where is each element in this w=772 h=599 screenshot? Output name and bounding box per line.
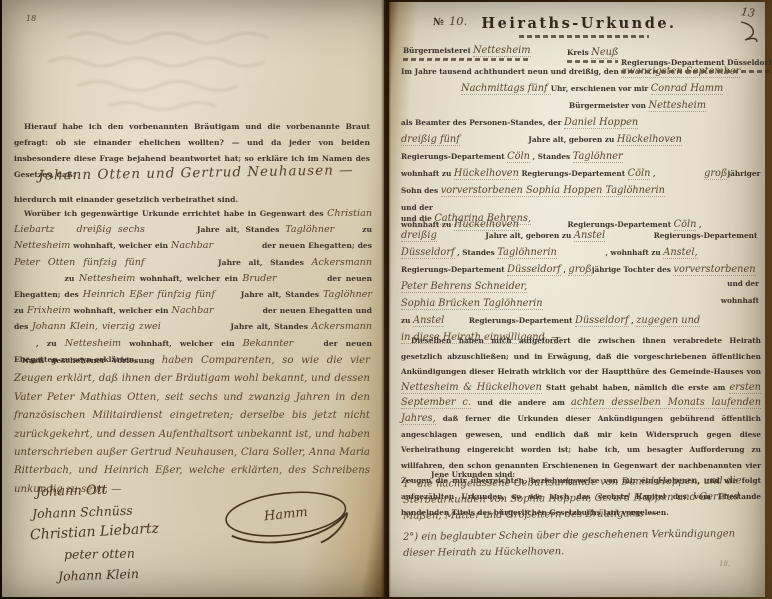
handwritten-entry: Peter Behrens Schneider,	[401, 281, 527, 293]
district-field: Kreis Neuß	[567, 40, 618, 63]
text-line: Sophia Brücken Taglöhnerinwohnhaft	[401, 294, 759, 311]
handwritten-entry: Johann Klein, vierzig zwei	[32, 321, 161, 332]
document-list-item: 2°) ein beglaubter Schein über die gesch…	[403, 526, 759, 562]
handwritten-entry: Nachmittags fünf	[461, 83, 551, 95]
printed-form-text: und die	[401, 214, 434, 223]
printed-form-text: hierdurch mit einander gesetzlich verhei…	[14, 195, 238, 204]
text-line: Düsseldorf , Standes Taglöhnerin , wohnh…	[401, 243, 759, 260]
printed-form-text: Sohn des	[401, 186, 441, 195]
printed-form-text: wohnhaft, welcher ein	[121, 339, 242, 348]
handwritten-entry: haben Comparenten, so wie die vier Zeuge…	[14, 355, 370, 495]
handwritten-entry: Düsseldorf	[575, 315, 629, 327]
printed-form-text: wohnhaft zu	[401, 169, 454, 178]
handwritten-entry: dreißig fünf	[401, 134, 460, 146]
text-line: Peter Behrens Schneider,und der	[401, 277, 759, 294]
handwritten-entry: Düsseldorf	[507, 264, 561, 276]
text-line: und die Catharina Behrens,	[401, 209, 759, 226]
handwritten-entry: Hückelhoven	[617, 134, 682, 146]
handwritten-entry: Bekannter	[243, 338, 294, 349]
printed-form-text: , wohnhaft zu	[603, 248, 663, 257]
faint-ink-mark: 18.	[719, 560, 730, 568]
groom-opening-section: Im Jahre tausend achthundert neun und dr…	[401, 62, 759, 232]
printed-form-text: , Standes	[530, 152, 573, 161]
printed-form-text: zu	[60, 274, 79, 283]
registrar-paraph-mark	[737, 18, 759, 44]
closing-statement-paragraph: Nach geschehener Vorlesung haben Compare…	[14, 350, 370, 497]
municipality-value: Nettesheim	[473, 45, 531, 57]
handwritten-entry: dreißig sechs	[76, 224, 144, 235]
witness-signature: Johann Klein	[58, 562, 160, 587]
witness-signature: peter otten	[64, 542, 159, 565]
handwritten-entry: Hückelhoven	[454, 168, 519, 180]
handwritten-entry: groß	[704, 168, 727, 180]
text-line: dreißig Jahre alt, geboren zu Anstel Reg…	[401, 226, 759, 243]
printed-form-text: wohnhaft, welcher ein	[71, 306, 172, 315]
printed-form-text: Jahre alt, geboren zu	[526, 135, 617, 144]
register-book-photo: 18 Hierauf habe ich den vorbenannten Brä…	[0, 0, 772, 599]
record-number-label: №	[433, 17, 444, 28]
handwritten-entry: Frixheim	[27, 305, 71, 316]
handwritten-entry: Nettesheim	[79, 273, 135, 284]
right-page: № 10. Heiraths-Urkunde. 13 Bürgermeister…	[389, 2, 765, 597]
printed-form-text: Regierungs-Departement	[519, 169, 628, 178]
handwritten-entry: vorverstorbenen Sophia Hoppen Taglöhneri…	[441, 185, 665, 197]
documents-list: 1° die nachgelassene Geburtsurkunde von …	[403, 475, 759, 565]
handwritten-entry: Düsseldorf	[401, 247, 455, 259]
registrar-signature-text: Hamm	[262, 505, 308, 525]
district-label: Kreis	[567, 48, 591, 57]
document-list-item: 1° die nachgelassene Geburtsurkunde von …	[403, 473, 759, 525]
printed-form-text: wohnhaft	[721, 294, 759, 308]
handwritten-entry: Nettesheim	[65, 338, 121, 349]
handwritten-entry: zwanzigsten September	[621, 66, 740, 78]
printed-form-text: als Beamter des Personen-Standes, der	[401, 118, 564, 127]
text-line: dreißig fünf Jahre alt, geboren zu Hücke…	[401, 130, 759, 147]
printed-form-text: Regierungs-Departement	[466, 316, 575, 325]
text-line: Nachmittags fünf Uhr, erschienen vor mir…	[401, 79, 759, 96]
handwritten-entry: groß	[568, 264, 591, 276]
text-line: Regierungs-Departement Cöln , Standes Ta…	[401, 147, 759, 164]
handwritten-entry: Cöln	[507, 151, 530, 163]
printed-form-text: wohnhaft, welcher ein	[70, 241, 171, 250]
handwritten-entry: Taglöhner	[323, 289, 372, 300]
registrar-signature: Hamm	[222, 486, 352, 562]
printed-form-text: Im Jahre tausend achthundert neun und dr…	[401, 67, 621, 76]
handwritten-entry: Conrad Hamm	[651, 83, 724, 95]
printed-form-text: ,	[650, 169, 658, 178]
handwritten-entry: Nettesheim	[649, 100, 707, 112]
left-page: 18 Hierauf habe ich den vorbenannten Brä…	[2, 0, 384, 597]
printed-form-text: , zu	[36, 339, 65, 348]
printed-form-text: und der	[727, 277, 759, 291]
printed-form-text: , Standes	[455, 248, 498, 257]
handwritten-entry: Taglöhner	[573, 151, 623, 163]
municipality-field: Bürgermeisterei Nettesheim	[403, 38, 531, 61]
district-value: Neuß	[591, 47, 618, 59]
signature-block: Johann OttJohann SchnüssChristian Liebar…	[30, 480, 159, 585]
ghost-writing	[38, 20, 338, 115]
printed-form-text: Bürgermeister von	[569, 101, 649, 110]
handwritten-entry: Ackersmann	[312, 257, 372, 268]
printed-form-text: Nach geschehener Vorlesung	[22, 356, 162, 365]
field-rule	[403, 58, 531, 61]
handwritten-entry: vorverstorbenen	[673, 264, 755, 276]
printed-form-text: zu	[356, 225, 372, 234]
handwritten-entry: Nettesheim & Hückelhoven	[401, 382, 542, 394]
handwritten-entry: Sophia Brücken Taglöhnerin	[401, 298, 543, 310]
text-line: Im Jahre tausend achthundert neun und dr…	[401, 62, 759, 79]
ink-blot: 18	[26, 14, 36, 23]
printed-form-text: Jahre alt, Standes	[237, 290, 323, 299]
handwritten-entry: Anstel	[574, 230, 605, 242]
printed-form-text: und die andere am	[471, 398, 571, 407]
handwritten-entry: Bruder	[242, 273, 276, 284]
title-rule	[519, 35, 649, 38]
certificate-title: Heiraths-Urkunde.	[449, 15, 709, 32]
printed-form-text: Jahre alt, Standes	[191, 225, 285, 234]
text-line: wohnhaft zu Hückelhoven Regierungs-Depar…	[401, 164, 759, 181]
witnesses-paragraph: Worüber ich gegenwärtige Urkunde erricht…	[14, 204, 372, 366]
printed-form-text: wohnhaft, welcher ein	[135, 274, 242, 283]
printed-form-text: zu	[14, 306, 27, 315]
handwritten-entry: Catharina Behrens,	[434, 213, 531, 225]
text-line: Regierungs-Departement Düsseldorf , groß…	[401, 260, 759, 277]
printed-form-text: der neuen Ehegatten; des	[259, 241, 372, 250]
handwritten-entry: Taglöhner	[285, 224, 334, 235]
printed-form-text: zu	[401, 316, 413, 325]
printed-form-text: Jahre alt, Standes	[210, 258, 311, 267]
printed-form-text: Regierungs-Departement	[401, 265, 507, 274]
printed-form-text: Statt gehabt haben, nämlich die erste am	[542, 383, 730, 392]
book-gutter	[381, 0, 391, 599]
printed-form-text: Worüber ich gegenwärtige Urkunde erricht…	[24, 209, 327, 218]
handwritten-entry: Taglöhnerin	[497, 247, 556, 259]
handwritten-entry: zugegen und	[636, 315, 700, 327]
printed-form-text: Regierungs-Departement	[401, 152, 507, 161]
handwritten-entry: Daniel Hoppen	[564, 117, 638, 129]
handwritten-entry: Nettesheim	[14, 240, 70, 251]
text-line: Bürgermeister von Nettesheim	[401, 96, 759, 113]
handwritten-entry: Peter Otten fünfzig fünf	[14, 257, 144, 268]
printed-form-text: Jahre alt, geboren zu	[483, 231, 574, 240]
handwritten-entry: Ackersmann	[312, 321, 372, 332]
handwritten-entry: Cöln	[628, 168, 651, 180]
text-line: Sohn des vorverstorbenen Sophia Hoppen T…	[401, 181, 759, 198]
handwritten-entry: Anstel	[413, 315, 444, 327]
printed-form-text: Jahre alt, Standes	[227, 322, 312, 331]
handwritten-entry: Nachbar	[171, 305, 213, 316]
printed-form-text: Regierungs-Departement	[651, 231, 757, 240]
text-line: als Beamter des Personen-Standes, der Da…	[401, 113, 759, 130]
printed-form-text: Dieselben haben mich aufgefordert die zw…	[401, 336, 761, 376]
printed-form-text: jährige Tochter des	[592, 265, 674, 274]
printed-form-text: Uhr, erschienen vor mir	[551, 84, 651, 93]
text-line: zu Anstel Regierungs-Departement Düsseld…	[401, 311, 759, 328]
municipality-label: Bürgermeisterei	[403, 46, 473, 55]
handwritten-entry: Nachbar	[171, 240, 213, 251]
bride-section: und die Catharina Behrens,dreißig Jahre …	[401, 209, 759, 345]
handwritten-entry: Anstel,	[663, 247, 697, 259]
handwritten-entry: dreißig	[401, 230, 437, 242]
printed-form-text: jähriger	[727, 169, 760, 178]
handwritten-entry: Heinrich Eßer fünfzig fünf	[83, 289, 215, 300]
